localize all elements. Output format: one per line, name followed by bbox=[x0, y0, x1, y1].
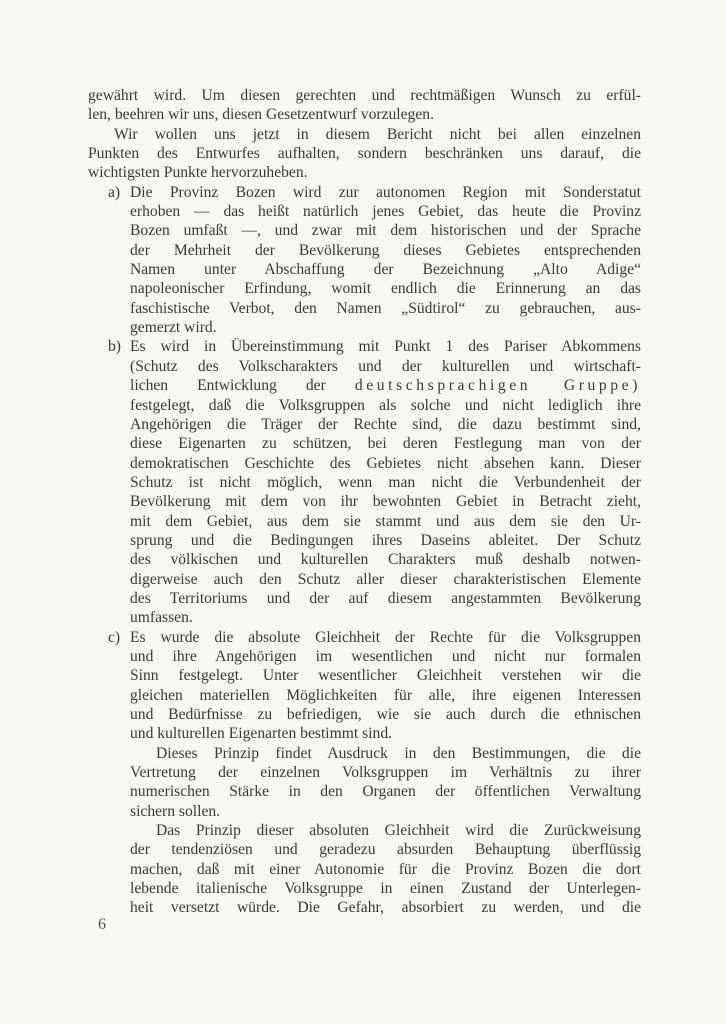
text-line: Wir wollen uns jetzt in diesem Bericht n… bbox=[88, 125, 641, 144]
text-line: Namen unter Abschaffung der Bezeichnung … bbox=[130, 260, 641, 279]
text-line: demokratischen Geschichte des Gebietes n… bbox=[130, 454, 641, 473]
text-fragment: lichen Entwicklung der bbox=[130, 377, 326, 394]
text-line: Dieses Prinzip findet Ausdruck in den Be… bbox=[130, 744, 641, 763]
text-line: napoleonischer Erfindung, womit endlich … bbox=[130, 279, 641, 298]
text-line: len, beehren wir uns, diesen Gesetzentwu… bbox=[88, 105, 641, 124]
text-line: Es wurde die absolute Gleichheit der Rec… bbox=[130, 628, 641, 647]
text-line: machen, daß mit einer Autonomie für die … bbox=[130, 860, 641, 879]
letterspaced-emphasis: deutschsprachigen Gruppe) bbox=[355, 377, 641, 394]
text-line: der Mehrheit der Bevölkerung dieses Gebi… bbox=[130, 241, 641, 260]
text-line: Es wird in Übereinstimmung mit Punkt 1 d… bbox=[130, 337, 641, 356]
document-body: gewährt wird. Um diesen gerechten und re… bbox=[88, 86, 641, 918]
text-line: des Territoriums und der auf diesem ange… bbox=[130, 589, 641, 608]
text-line: des völkischen und kulturellen Charakter… bbox=[130, 550, 641, 569]
paragraph-overview: Wir wollen uns jetzt in diesem Bericht n… bbox=[88, 125, 641, 183]
text-line: gemerzt wird. bbox=[130, 318, 641, 337]
text-line: wichtigsten Punkte hervorzuheben. bbox=[88, 163, 641, 182]
text-line: und ihre Angehörigen im wesentlichen und… bbox=[130, 647, 641, 666]
text-line: faschistische Verbot, den Namen „Südtiro… bbox=[130, 299, 641, 318]
text-line: Bozen umfaßt —, und zwar mit dem histori… bbox=[130, 221, 641, 240]
text-line: numerischen Stärke in den Organen der öf… bbox=[130, 782, 641, 801]
text-line: diese Eigenarten zu schützen, bei deren … bbox=[130, 434, 641, 453]
sub-paragraph-principle: Dieses Prinzip findet Ausdruck in den Be… bbox=[130, 744, 641, 821]
list-marker: c) bbox=[108, 628, 120, 647]
text-line: lebende italienische Volksgruppe in eine… bbox=[130, 879, 641, 898]
list-item-c: c) Es wurde die absolute Gleichheit der … bbox=[88, 628, 641, 918]
text-line: Bevölkerung mit dem von ihr bewohnten Ge… bbox=[130, 492, 641, 511]
text-line: Punkten des Entwurfes aufhalten, sondern… bbox=[88, 144, 641, 163]
text-line: und Bedürfnisse zu befriedigen, wie sie … bbox=[130, 705, 641, 724]
text-line: Sinn festgelegt. Unter wesentlicher Glei… bbox=[130, 666, 641, 685]
text-line: festgelegt, daß die Volksgruppen als sol… bbox=[130, 396, 641, 415]
list-item-b: b) Es wird in Übereinstimmung mit Punkt … bbox=[88, 337, 641, 627]
text-line: gleichen materiellen Möglichkeiten für a… bbox=[130, 686, 641, 705]
text-line: umfassen. bbox=[130, 608, 641, 627]
text-line: Die Provinz Bozen wird zur autonomen Reg… bbox=[130, 183, 641, 202]
text-line: und kulturellen Eigenarten bestimmt sind… bbox=[130, 724, 641, 743]
text-line: erhoben — das heißt natürlich jenes Gebi… bbox=[130, 202, 641, 221]
text-line: Angehörigen die Träger der Rechte sind, … bbox=[130, 415, 641, 434]
text-line: heit versetzt würde. Die Gefahr, absorbi… bbox=[130, 898, 641, 917]
list-marker: b) bbox=[108, 337, 121, 356]
paragraph-intro: gewährt wird. Um diesen gerechten und re… bbox=[88, 86, 641, 125]
list-item-a: a) Die Provinz Bozen wird zur autonomen … bbox=[88, 183, 641, 338]
list-marker: a) bbox=[108, 183, 120, 202]
text-line: mit dem Gebiet, aus dem sie stammt und a… bbox=[130, 512, 641, 531]
text-line-with-spaced-phrase: lichen Entwicklung der deutschsprachigen… bbox=[130, 376, 641, 395]
text-line: Vertretung der einzelnen Volksgruppen im… bbox=[130, 763, 641, 782]
sub-paragraph-equality: Das Prinzip dieser absoluten Gleichheit … bbox=[130, 821, 641, 918]
text-line: Das Prinzip dieser absoluten Gleichheit … bbox=[130, 821, 641, 840]
page-number: 6 bbox=[98, 916, 106, 934]
text-line: Schutz ist nicht möglich, wenn man nicht… bbox=[130, 473, 641, 492]
text-line: (Schutz des Volkscharakters und der kult… bbox=[130, 357, 641, 376]
text-line: digerweise auch den Schutz aller dieser … bbox=[130, 570, 641, 589]
text-line: sprung und die Bedingungen ihres Daseins… bbox=[130, 531, 641, 550]
text-line: sichern sollen. bbox=[130, 802, 641, 821]
text-line: gewährt wird. Um diesen gerechten und re… bbox=[88, 86, 641, 105]
text-line: der tendenziösen und geradezu absurden B… bbox=[130, 840, 641, 859]
